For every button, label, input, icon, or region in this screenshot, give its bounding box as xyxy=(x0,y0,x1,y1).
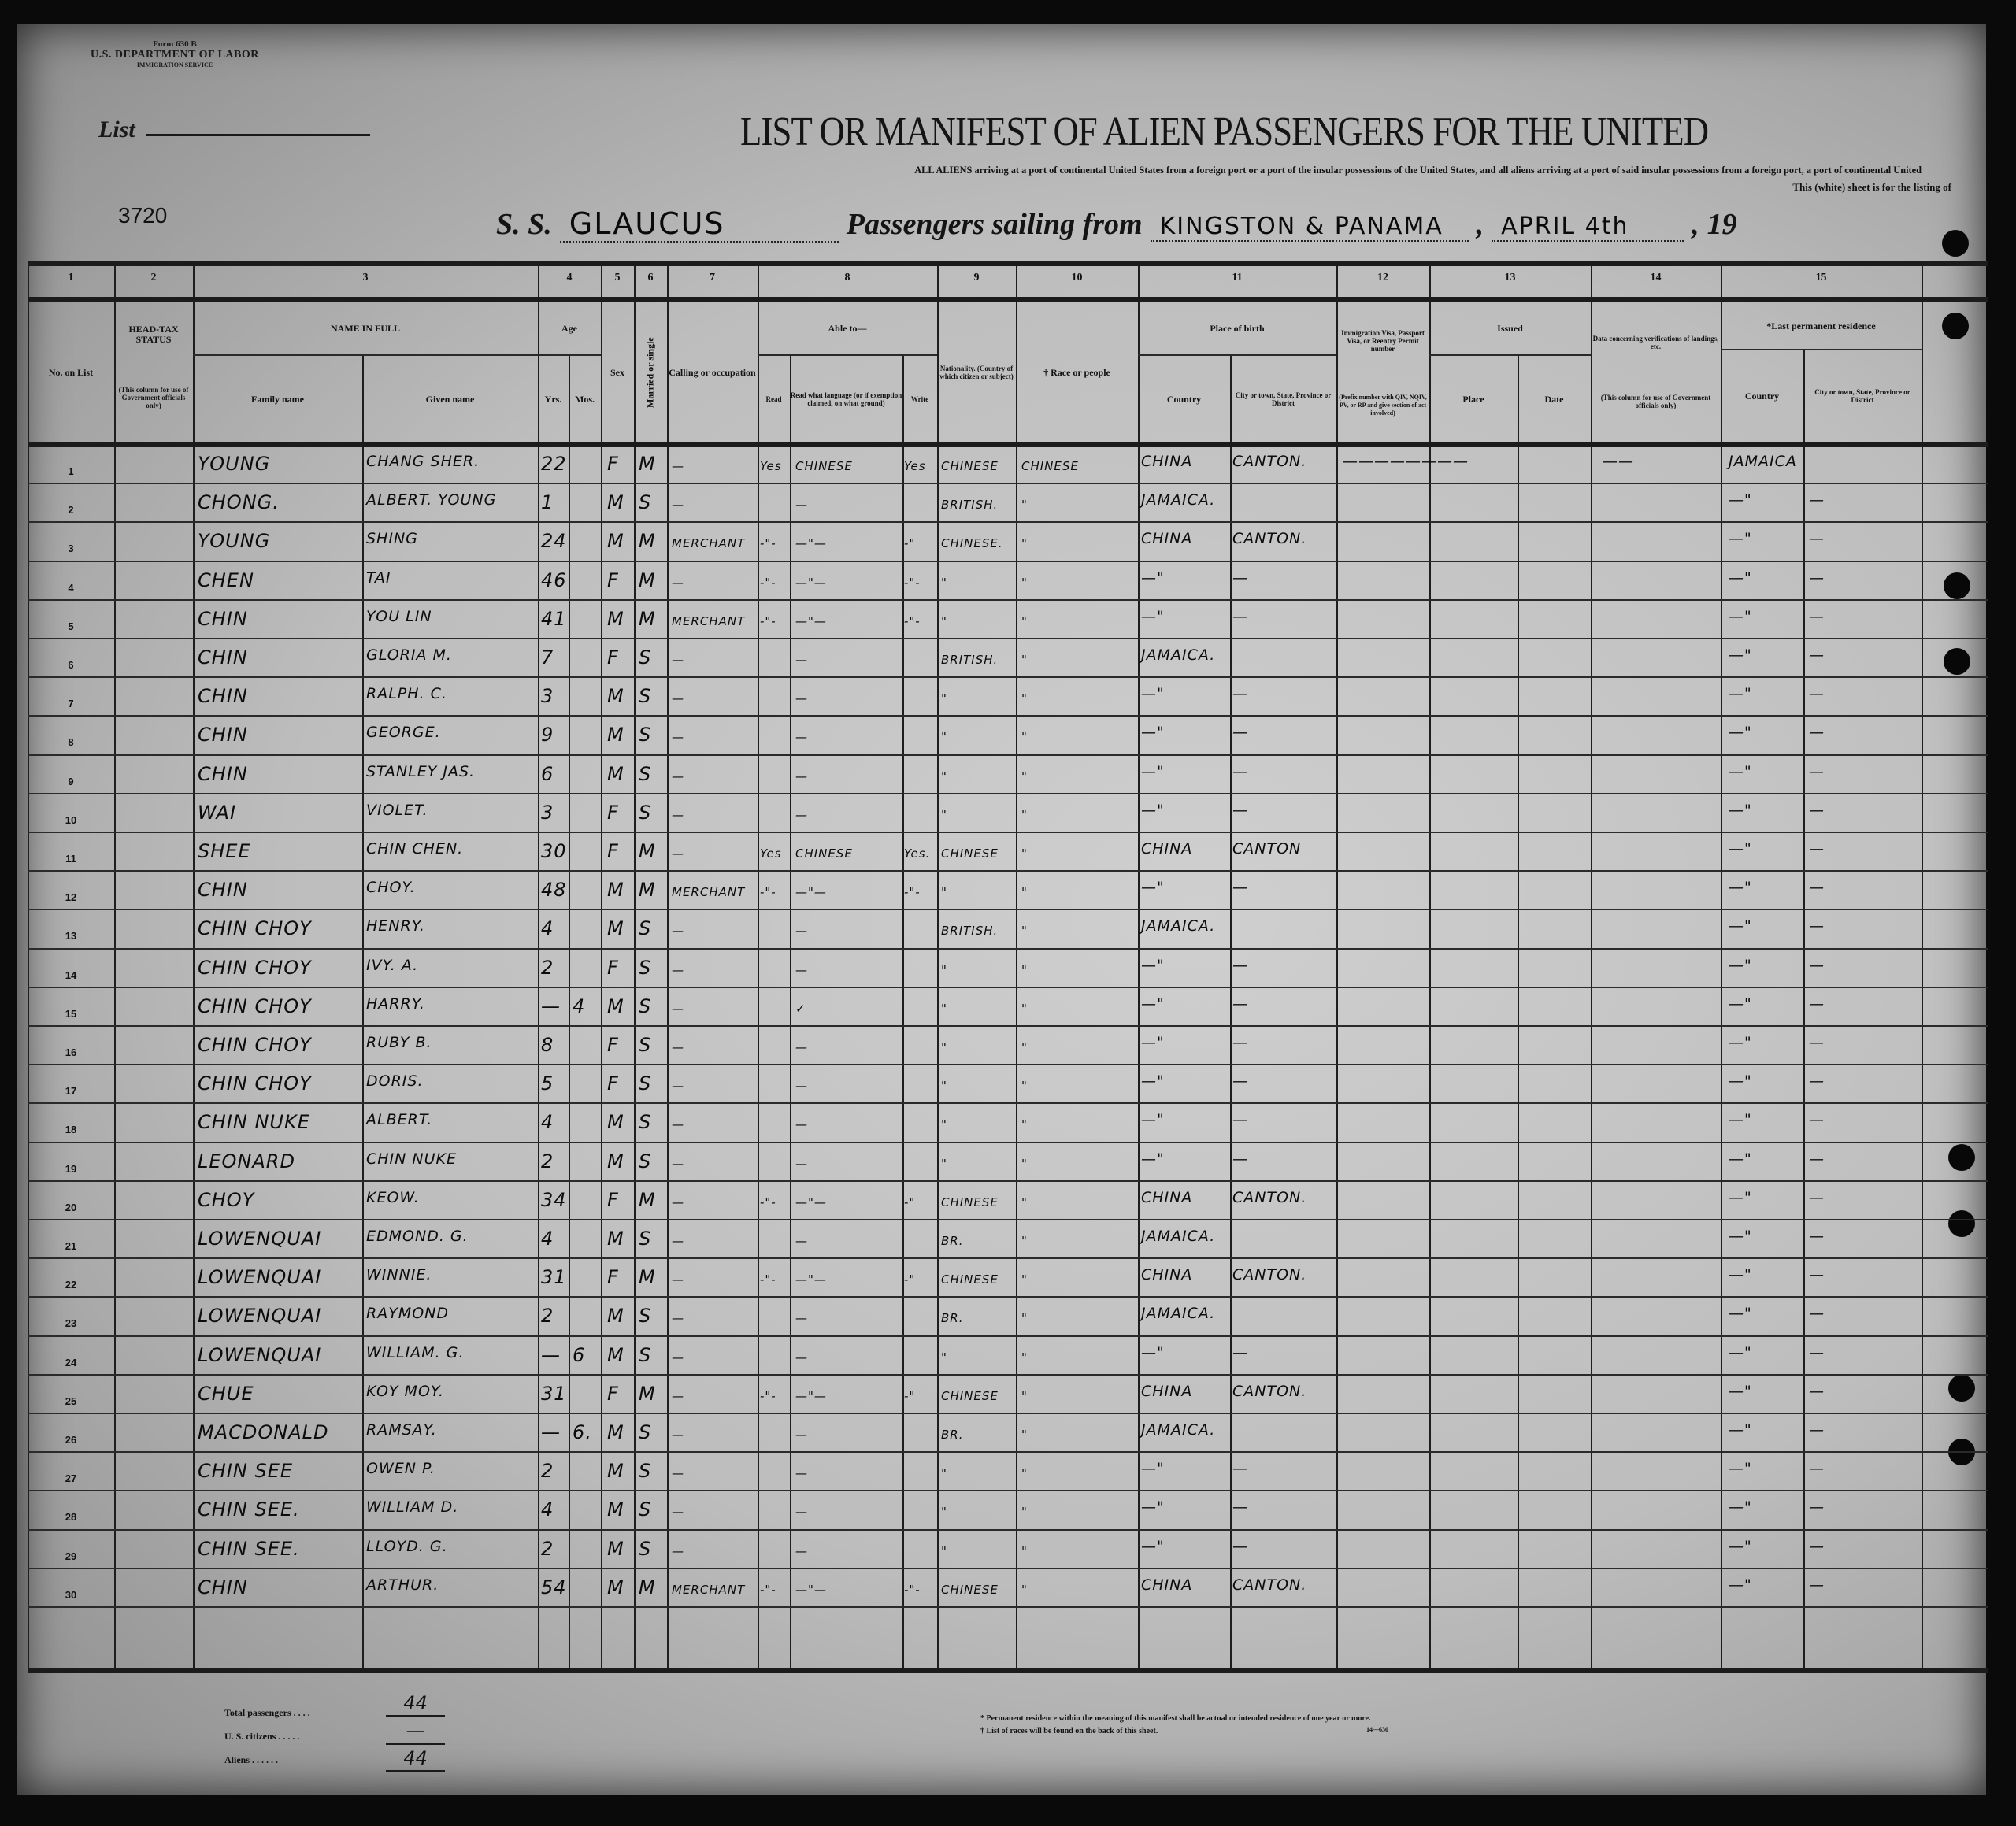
family-name-cell: CHEN xyxy=(198,569,254,591)
birth-city-cell: CANTON. xyxy=(1232,530,1306,547)
race-cell: " xyxy=(1021,1389,1028,1403)
row-number: 19 xyxy=(28,1163,114,1175)
given-name-cell: IVY. A. xyxy=(366,957,418,974)
row-number: 3 xyxy=(28,543,114,554)
nationality-cell: CHINESE xyxy=(941,1389,999,1403)
residence-country-cell: —" xyxy=(1729,1150,1752,1168)
column-number: 2 xyxy=(114,272,193,284)
can-read-cell: -"- xyxy=(760,614,776,628)
aliens-value: 44 xyxy=(386,1746,445,1772)
occupation-cell: — xyxy=(672,846,684,861)
nationality-cell: BR. xyxy=(941,1428,963,1442)
sex-cell: F xyxy=(607,802,619,824)
race-cell: " xyxy=(1021,1234,1028,1248)
occupation-cell: — xyxy=(672,691,684,706)
ship-line: S. S. GLAUCUS Passengers sailing from KI… xyxy=(496,206,1737,243)
read-language-cell: ✓ xyxy=(795,1002,806,1016)
age-years-cell: 4 xyxy=(541,1111,554,1133)
residence-country-cell: —" xyxy=(1729,1034,1752,1051)
race-cell: " xyxy=(1021,1117,1028,1132)
residence-country-cell: —" xyxy=(1729,957,1752,974)
sex-cell: M xyxy=(607,763,624,785)
birth-country-cell: —" xyxy=(1141,802,1165,819)
residence-city-cell: — xyxy=(1809,1305,1825,1322)
column-number: 15 xyxy=(1721,272,1921,284)
residence-city-cell: — xyxy=(1809,763,1825,780)
row-number: 18 xyxy=(28,1124,114,1135)
birth-country-cell: —" xyxy=(1141,1150,1165,1168)
family-name-cell: CHIN SEE. xyxy=(198,1498,300,1520)
sailing-date: APRIL 4th xyxy=(1492,213,1684,242)
column-number: 4 xyxy=(538,272,601,284)
nationality-cell: " xyxy=(941,1157,947,1171)
sex-cell: M xyxy=(607,1228,624,1250)
marital-status-cell: M xyxy=(639,530,656,552)
race-cell: " xyxy=(1021,963,1028,977)
nationality-cell: CHINESE xyxy=(941,1272,999,1287)
row-number: 16 xyxy=(28,1046,114,1058)
birth-country-cell: CHINA xyxy=(1141,840,1192,857)
occupation-cell: — xyxy=(672,1157,684,1171)
occupation-cell: — xyxy=(672,1002,684,1016)
footnote-races: † List of races will be found on the bac… xyxy=(980,1725,1371,1738)
family-name-cell: CHONG. xyxy=(198,491,280,513)
given-name-cell: CHANG SHER. xyxy=(366,453,480,470)
sex-cell: F xyxy=(607,1034,619,1056)
footnote-residence: * Permanent residence within the meaning… xyxy=(980,1713,1371,1725)
family-name-cell: CHIN CHOY xyxy=(198,957,312,979)
header-age-yrs: Yrs. xyxy=(538,357,569,442)
title-instructions-2: This (white) sheet is for the listing of xyxy=(1792,181,1951,194)
residence-city-cell: — xyxy=(1809,685,1825,702)
punch-hole-icon xyxy=(1942,230,1969,257)
nationality-cell: " xyxy=(941,1350,947,1365)
header-age-mos: Mos. xyxy=(569,357,601,442)
row-number: 6 xyxy=(28,659,114,671)
residence-country-cell: —" xyxy=(1729,840,1752,857)
column-number: 5 xyxy=(601,272,634,284)
birth-country-cell: CHINA xyxy=(1141,1576,1192,1594)
visa-number-cell: ———————— xyxy=(1343,453,1469,470)
given-name-cell: EDMOND. G. xyxy=(366,1228,469,1245)
residence-city-cell: — xyxy=(1809,569,1825,587)
given-name-cell: ALBERT. YOUNG xyxy=(366,491,496,509)
age-years-cell: 2 xyxy=(541,1305,554,1327)
residence-country-cell: —" xyxy=(1729,1111,1752,1128)
given-name-cell: CHIN NUKE xyxy=(366,1150,457,1168)
header-issued-place: Place xyxy=(1429,357,1518,442)
residence-country-cell: —" xyxy=(1729,802,1752,819)
birth-country-cell: —" xyxy=(1141,1034,1165,1051)
row-number: 29 xyxy=(28,1550,114,1562)
nationality-cell: " xyxy=(941,769,947,783)
residence-city-cell: — xyxy=(1809,879,1825,896)
marital-status-cell: S xyxy=(639,1498,651,1520)
family-name-cell: CHIN SEE. xyxy=(198,1538,300,1560)
can-write-cell: -" xyxy=(904,536,915,550)
total-passengers-label: Total passengers . . . . xyxy=(224,1701,310,1724)
family-name-cell: CHIN xyxy=(198,879,248,901)
family-name-cell: CHIN xyxy=(198,724,248,746)
marital-status-cell: M xyxy=(639,569,656,591)
given-name-cell: RAMSAY. xyxy=(366,1421,437,1439)
residence-country-cell: —" xyxy=(1729,491,1752,509)
residence-country-cell: —" xyxy=(1729,763,1752,780)
race-cell: " xyxy=(1021,691,1028,706)
row-number: 9 xyxy=(28,776,114,787)
read-language-cell: CHINESE xyxy=(795,459,853,473)
sex-cell: M xyxy=(607,1576,624,1598)
occupation-cell: — xyxy=(672,1505,684,1519)
row-number: 27 xyxy=(28,1472,114,1484)
ship-name: GLAUCUS xyxy=(560,206,839,243)
can-read-cell: -"- xyxy=(760,1272,776,1287)
birth-city-cell: — xyxy=(1232,1150,1248,1168)
can-read-cell: Yes xyxy=(760,846,782,861)
read-language-cell: — xyxy=(795,498,808,512)
age-years-cell: 2 xyxy=(541,957,554,979)
age-years-cell: 7 xyxy=(541,646,554,669)
nationality-cell: BRITISH. xyxy=(941,924,998,938)
read-language-cell: —"— xyxy=(795,614,827,628)
given-name-cell: VIOLET. xyxy=(366,802,428,819)
residence-country-cell: —" xyxy=(1729,1460,1752,1477)
residence-city-cell: — xyxy=(1809,491,1825,509)
race-cell: " xyxy=(1021,885,1028,899)
row-number: 17 xyxy=(28,1085,114,1097)
title-instructions: ALL ALIENS arriving at a port of contine… xyxy=(455,164,1921,176)
race-cell: " xyxy=(1021,1466,1028,1480)
row-number: 7 xyxy=(28,698,114,709)
can-read-cell: -"- xyxy=(760,536,776,550)
can-write-cell: -"- xyxy=(904,576,921,590)
occupation-cell: MERCHANT xyxy=(672,885,745,899)
birth-country-cell: —" xyxy=(1141,724,1165,741)
race-cell: " xyxy=(1021,1079,1028,1093)
can-write-cell: Yes. xyxy=(904,846,930,861)
read-language-cell: — xyxy=(795,808,808,822)
us-citizens-label: U. S. citizens . . . . . xyxy=(224,1724,310,1748)
sex-cell: M xyxy=(607,1460,624,1482)
residence-city-cell: — xyxy=(1809,608,1825,625)
header-visa: Immigration Visa, Passport Visa, or Reen… xyxy=(1338,307,1428,374)
age-years-cell: 2 xyxy=(541,1460,554,1482)
row-number: 28 xyxy=(28,1511,114,1523)
row-number: 20 xyxy=(28,1202,114,1213)
occupation-cell: — xyxy=(672,1389,684,1403)
sex-cell: M xyxy=(607,685,624,707)
marital-status-cell: S xyxy=(639,685,651,707)
family-name-cell: LEONARD xyxy=(198,1150,295,1172)
race-cell: " xyxy=(1021,808,1028,822)
nationality-cell: BRITISH. xyxy=(941,498,998,512)
residence-city-cell: — xyxy=(1809,1538,1825,1555)
family-name-cell: CHUE xyxy=(198,1383,254,1405)
birth-country-cell: JAMAICA. xyxy=(1141,1228,1215,1245)
birth-country-cell: —" xyxy=(1141,879,1165,896)
header-sex: Sex xyxy=(601,303,634,442)
read-language-cell: —"— xyxy=(795,1583,827,1597)
header-visa-note: (Prefix number with QIV, NQIV, PV, or RP… xyxy=(1338,374,1428,437)
age-years-cell: 46 xyxy=(541,569,567,591)
total-passengers-value: 44 xyxy=(386,1691,445,1717)
residence-country-cell: —" xyxy=(1729,569,1752,587)
marital-status-cell: S xyxy=(639,1150,651,1172)
sex-cell: M xyxy=(607,1498,624,1520)
occupation-cell: MERCHANT xyxy=(672,614,745,628)
residence-country-cell: —" xyxy=(1729,1383,1752,1400)
marital-status-cell: S xyxy=(639,1228,651,1250)
row-number: 14 xyxy=(28,969,114,981)
residence-city-cell: — xyxy=(1809,1111,1825,1128)
residence-country-cell: —" xyxy=(1729,995,1752,1013)
age-years-cell: 34 xyxy=(541,1189,567,1211)
residence-country-cell: JAMAICA xyxy=(1729,453,1797,470)
occupation-cell: — xyxy=(672,730,684,744)
age-years-cell: 30 xyxy=(541,840,567,862)
given-name-cell: CHOY. xyxy=(366,879,416,896)
marital-status-cell: S xyxy=(639,1072,651,1094)
family-name-cell: CHIN CHOY xyxy=(198,917,312,939)
given-name-cell: WILLIAM. G. xyxy=(366,1344,464,1361)
column-number: 14 xyxy=(1591,272,1721,284)
row-number: 12 xyxy=(28,891,114,903)
occupation-cell: — xyxy=(672,459,684,473)
birth-city-cell: — xyxy=(1232,1034,1248,1051)
age-years-cell: 41 xyxy=(541,608,567,630)
birth-city-cell: — xyxy=(1232,995,1248,1013)
marital-status-cell: S xyxy=(639,1305,651,1327)
header-res-city: City or town, State, Province or Distric… xyxy=(1803,350,1921,442)
residence-city-cell: — xyxy=(1809,802,1825,819)
age-years-cell: — xyxy=(541,1421,561,1443)
birth-country-cell: —" xyxy=(1141,957,1165,974)
residence-city-cell: — xyxy=(1809,1498,1825,1516)
family-name-cell: CHIN CHOY xyxy=(198,1072,312,1094)
birth-city-cell: CANTON. xyxy=(1232,453,1306,470)
form-identification: Form 630 B U.S. DEPARTMENT OF LABOR IMMI… xyxy=(91,39,259,69)
birth-country-cell: CHINA xyxy=(1141,1189,1192,1206)
header-issued: Issued xyxy=(1429,303,1591,354)
given-name-cell: KOY MOY. xyxy=(366,1383,444,1400)
given-name-cell: KEOW. xyxy=(366,1189,420,1206)
row-number: 5 xyxy=(28,620,114,632)
age-years-cell: 2 xyxy=(541,1538,554,1560)
row-number: 11 xyxy=(28,853,114,865)
age-years-cell: 4 xyxy=(541,1228,554,1250)
birth-country-cell: JAMAICA. xyxy=(1141,1421,1215,1439)
occupation-cell: — xyxy=(672,808,684,822)
residence-country-cell: —" xyxy=(1729,685,1752,702)
header-verification: Data concerning verifications of landing… xyxy=(1592,311,1719,374)
row-number: 21 xyxy=(28,1240,114,1252)
read-language-cell: — xyxy=(795,1079,808,1093)
marital-status-cell: S xyxy=(639,491,651,513)
header-last-residence: *Last permanent residence xyxy=(1721,303,1921,349)
residence-country-cell: —" xyxy=(1729,1189,1752,1206)
race-cell: " xyxy=(1021,498,1028,512)
age-years-cell: 8 xyxy=(541,1034,554,1056)
occupation-cell: — xyxy=(672,963,684,977)
sex-cell: M xyxy=(607,530,624,552)
birth-city-cell: — xyxy=(1232,1111,1248,1128)
birth-country-cell: CHINA xyxy=(1141,1383,1192,1400)
verification-cell: —— xyxy=(1603,453,1634,470)
race-cell: " xyxy=(1021,924,1028,938)
birth-country-cell: —" xyxy=(1141,1498,1165,1516)
birth-country-cell: CHINA xyxy=(1141,453,1192,470)
age-years-cell: 31 xyxy=(541,1383,567,1405)
totals-values: 44 — 44 xyxy=(386,1691,445,1774)
race-cell: " xyxy=(1021,1350,1028,1365)
can-write-cell: -"- xyxy=(904,614,921,628)
birth-city-cell: — xyxy=(1232,1460,1248,1477)
family-name-cell: CHIN CHOY xyxy=(198,995,312,1017)
age-years-cell: 1 xyxy=(541,491,554,513)
age-years-cell: 5 xyxy=(541,1072,554,1094)
birth-country-cell: —" xyxy=(1141,608,1165,625)
birth-country-cell: CHINA xyxy=(1141,1266,1192,1283)
occupation-cell: — xyxy=(672,1234,684,1248)
marital-status-cell: M xyxy=(639,453,656,475)
punch-hole-icon xyxy=(1948,1144,1975,1171)
nationality-cell: " xyxy=(941,1544,947,1558)
residence-country-cell: —" xyxy=(1729,1576,1752,1594)
sex-cell: M xyxy=(607,608,624,630)
age-years-cell: 48 xyxy=(541,879,567,901)
year-prefix: 19 xyxy=(1707,207,1737,242)
header-birth-country: Country xyxy=(1138,357,1230,442)
age-years-cell: 31 xyxy=(541,1266,567,1288)
race-cell: " xyxy=(1021,536,1028,550)
residence-city-cell: — xyxy=(1809,530,1825,547)
given-name-cell: HENRY. xyxy=(366,917,425,935)
can-read-cell: -"- xyxy=(760,1583,776,1597)
family-name-cell: MACDONALD xyxy=(198,1421,328,1443)
can-write-cell: -" xyxy=(904,1272,915,1287)
marital-status-cell: S xyxy=(639,1421,651,1443)
age-years-cell: 3 xyxy=(541,802,554,824)
aliens-label: Aliens . . . . . . xyxy=(224,1748,310,1772)
birth-country-cell: —" xyxy=(1141,1460,1165,1477)
sex-cell: F xyxy=(607,453,619,475)
birth-city-cell: — xyxy=(1232,957,1248,974)
residence-country-cell: —" xyxy=(1729,1498,1752,1516)
race-cell: " xyxy=(1021,1002,1028,1016)
family-name-cell: LOWENQUAI xyxy=(198,1228,321,1250)
birth-city-cell: — xyxy=(1232,1072,1248,1090)
birth-city-cell: — xyxy=(1232,1498,1248,1516)
given-name-cell: OWEN P. xyxy=(366,1460,435,1477)
race-cell: " xyxy=(1021,1311,1028,1325)
residence-country-cell: —" xyxy=(1729,1305,1752,1322)
birth-country-cell: CHINA xyxy=(1141,530,1192,547)
occupation-cell: — xyxy=(672,769,684,783)
residence-city-cell: — xyxy=(1809,724,1825,741)
row-number: 1 xyxy=(28,465,114,477)
occupation-cell: — xyxy=(672,1040,684,1054)
can-read-cell: -"- xyxy=(760,1195,776,1209)
age-months-cell: 4 xyxy=(573,995,585,1017)
race-cell: " xyxy=(1021,1583,1028,1597)
marital-status-cell: S xyxy=(639,1344,651,1366)
header-birth-city: City or town, State, Province or Distric… xyxy=(1230,357,1336,442)
punch-hole-icon xyxy=(1942,313,1969,339)
header-place-of-birth: Place of birth xyxy=(1138,303,1336,354)
can-write-cell: -"- xyxy=(904,885,921,899)
given-name-cell: RUBY B. xyxy=(366,1034,432,1051)
column-number: 6 xyxy=(634,272,667,284)
sex-cell: M xyxy=(607,724,624,746)
residence-country-cell: —" xyxy=(1729,1228,1752,1245)
read-language-cell: CHINESE xyxy=(795,846,853,861)
sex-cell: F xyxy=(607,646,619,669)
residence-city-cell: — xyxy=(1809,1266,1825,1283)
birth-country-cell: JAMAICA. xyxy=(1141,491,1215,509)
sex-cell: F xyxy=(607,957,619,979)
nationality-cell: " xyxy=(941,808,947,822)
read-language-cell: —"— xyxy=(795,1389,827,1403)
residence-country-cell: —" xyxy=(1729,1538,1752,1555)
residence-country-cell: —" xyxy=(1729,879,1752,896)
race-cell: " xyxy=(1021,846,1028,861)
read-language-cell: —"— xyxy=(795,885,827,899)
race-cell: " xyxy=(1021,653,1028,667)
marital-status-cell: S xyxy=(639,917,651,939)
birth-country-cell: —" xyxy=(1141,685,1165,702)
residence-country-cell: —" xyxy=(1729,1421,1752,1439)
birth-country-cell: —" xyxy=(1141,569,1165,587)
header-head-tax: HEAD-TAX STATUS xyxy=(116,311,191,358)
birth-city-cell: — xyxy=(1232,879,1248,896)
manifest-table: 1 2 3 4 5 6 7 8 9 10 11 12 13 14 15 No. … xyxy=(28,264,1921,1669)
header-able-to: Able to— xyxy=(758,303,937,354)
occupation-cell: — xyxy=(672,1079,684,1093)
occupation-cell: — xyxy=(672,1544,684,1558)
marital-status-cell: S xyxy=(639,1034,651,1056)
family-name-cell: LOWENQUAI xyxy=(198,1305,321,1327)
punch-hole-icon xyxy=(1944,648,1970,675)
marital-status-cell: S xyxy=(639,1460,651,1482)
marital-status-cell: M xyxy=(639,1266,656,1288)
sex-cell: M xyxy=(607,1344,624,1366)
row-number: 15 xyxy=(28,1008,114,1020)
age-years-cell: 9 xyxy=(541,724,554,746)
birth-country-cell: —" xyxy=(1141,763,1165,780)
service-name: IMMIGRATION SERVICE xyxy=(91,61,259,69)
sex-cell: M xyxy=(607,1305,624,1327)
residence-city-cell: — xyxy=(1809,917,1825,935)
residence-city-cell: — xyxy=(1809,995,1825,1013)
header-name-in-full: NAME IN FULL xyxy=(193,303,538,354)
page-title: LIST OR MANIFEST OF ALIEN PASSENGERS FOR… xyxy=(740,109,1708,155)
department-name: U.S. DEPARTMENT OF LABOR xyxy=(91,49,259,61)
read-language-cell: — xyxy=(795,730,808,744)
sex-cell: M xyxy=(607,995,624,1017)
birth-country-cell: —" xyxy=(1141,1344,1165,1361)
occupation-cell: — xyxy=(672,1117,684,1132)
age-years-cell: 3 xyxy=(541,685,554,707)
occupation-cell: — xyxy=(672,924,684,938)
sex-cell: M xyxy=(607,1538,624,1560)
race-cell: " xyxy=(1021,1272,1028,1287)
family-name-cell: CHIN xyxy=(198,608,248,630)
can-read-cell: -"- xyxy=(760,576,776,590)
given-name-cell: GLORIA M. xyxy=(366,646,452,664)
header-nationality: Nationality. (Country of which citizen o… xyxy=(939,303,1014,442)
family-name-cell: YOUNG xyxy=(198,530,270,552)
occupation-cell: — xyxy=(672,1466,684,1480)
